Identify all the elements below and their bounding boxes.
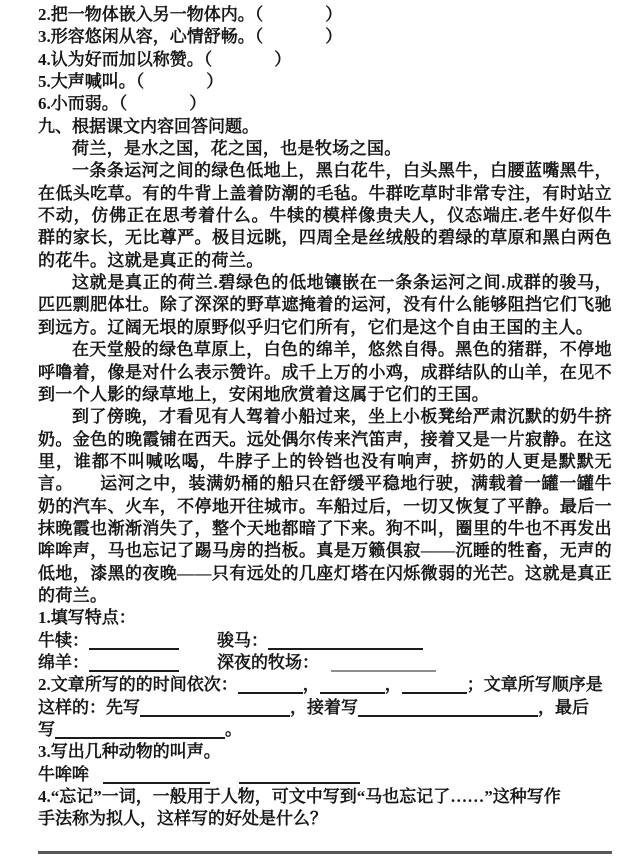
text-run: 深夜的牧场：: [217, 653, 319, 672]
text-run: ，最后: [538, 698, 589, 717]
text-run: 1.填写特点：: [38, 608, 136, 627]
passage-paragraph-5: 到了傍晚，才看见有人驾着小船过来，坐上小板凳给严肃沉默的奶牛挤奶。金色的晚霞铺在…: [38, 406, 612, 607]
passage-paragraph-4: 在天堂般的绿色草原上，白色的绵羊，悠然自得。黑色的猪群，不停地呼噜着，像是对什么…: [38, 339, 612, 406]
definition-item-6: 6.小而弱。（）: [38, 93, 612, 115]
text-run: 在天堂般的绿色草原上，白色的绵羊，悠然自得。黑色的猪群，不停地呼噜着，像是对什么…: [38, 340, 612, 404]
answer-blank: [103, 769, 210, 784]
spacer: [263, 19, 325, 20]
section-heading: 九、根据课文内容回答问题。: [38, 116, 612, 138]
text-run: ）: [274, 50, 291, 69]
definition-item-2: 2.把一物体嵌入另一物体内。（）: [38, 4, 612, 26]
answer-blank: [55, 724, 225, 739]
definition-item-4: 4.认为好而加以称赞。（）: [38, 49, 612, 71]
text-run: 牛犊：: [38, 631, 89, 650]
text-run: 九、根据课文内容回答问题。: [38, 117, 259, 136]
text-run: ，: [385, 675, 402, 694]
text-run: ）: [325, 27, 342, 46]
text-run: 4.“忘记”一词，一般用于人物，可文中写到“马也忘记了……”这种写作: [38, 787, 561, 806]
spacer: [179, 645, 217, 646]
worksheet-page: 2.把一物体嵌入另一物体内。（）3.形容悠闲从容，心情舒畅。（）4.认为好而加以…: [0, 0, 640, 854]
text-run: ）: [206, 72, 223, 91]
question-2-line-2: 这样的：先写，接着写，最后: [38, 697, 612, 719]
text-run: 一条条运河之间的绿色低地上，黑白花牛，白头黑牛，白腰蓝嘴黑牛，在低头吃草。有的牛…: [38, 161, 612, 269]
text-run: ；文章所写顺序是: [467, 675, 603, 694]
spacer: [144, 86, 206, 87]
text-run: ，接着写: [290, 698, 358, 717]
answer-blank: [89, 635, 179, 650]
answer-blank: [268, 635, 423, 650]
text-run: 骏马：: [217, 631, 268, 650]
text-run: 2.把一物体嵌入另一物体内。（: [38, 5, 263, 24]
text-run: 6.小而弱。（: [38, 94, 127, 113]
text-run: 。: [225, 720, 242, 739]
answer-blank: [239, 769, 360, 784]
answer-blank: [358, 702, 538, 717]
spacer: [263, 41, 325, 42]
text-run: ，: [303, 675, 320, 694]
answer-blank: [89, 657, 179, 672]
text-run: ）: [189, 94, 206, 113]
text-run: 5.大声喊叫。（: [38, 72, 144, 91]
question-2-line-1: 2.文章所写的的时间依次：，，；文章所写顺序是: [38, 674, 612, 696]
spacer: [89, 779, 103, 780]
answer-blank: [140, 702, 290, 717]
text-run: 2.文章所写的的时间依次：: [38, 675, 238, 694]
question-2-line-3: 写。: [38, 719, 612, 741]
definition-item-3: 3.形容悠闲从容，心情舒畅。（）: [38, 26, 612, 48]
question-4-line-2: 手法称为拟人，这样写的好处是什么？: [38, 808, 612, 830]
answer-blank: [320, 679, 385, 694]
text-run: 绵羊：: [38, 653, 89, 672]
spacer: [212, 64, 274, 65]
passage-paragraph-3: 这就是真正的荷兰.碧绿色的低地镶嵌在一条条运河之间.成群的骏马，匹匹剽肥体壮。除…: [38, 272, 612, 339]
passage-paragraph-1: 荷兰，是水之国，花之国，也是牧场之国。: [38, 138, 612, 160]
text-run: 3.写出几种动物的叫声。: [38, 742, 221, 761]
text-run: 荷兰，是水之国，花之国，也是牧场之国。: [72, 139, 402, 158]
answer-blank: [238, 679, 303, 694]
question-3-label: 3.写出几种动物的叫声。: [38, 741, 612, 763]
text-run: ）: [325, 5, 342, 24]
definition-item-5: 5.大声喊叫。（）: [38, 71, 612, 93]
question-4-line-1: 4.“忘记”一词，一般用于人物，可文中写到“马也忘记了……”这种写作: [38, 786, 612, 808]
spacer: [319, 667, 331, 668]
bottom-divider: [38, 851, 612, 854]
question-1-row-2: 绵羊：深夜的牧场：: [38, 652, 612, 674]
text-run: 这样的：先写: [38, 698, 140, 717]
text-run: 到了傍晚，才看见有人驾着小船过来，坐上小板凳给严肃沉默的奶牛挤奶。金色的晚霞铺在…: [38, 407, 612, 605]
text-run: 牛哞哞: [38, 765, 89, 784]
question-1-label: 1.填写特点：: [38, 607, 612, 629]
question-1-row-1: 牛犊：骏马：: [38, 630, 612, 652]
answer-blank: [402, 679, 467, 694]
answer-blank: [331, 657, 436, 672]
text-run: 4.认为好而加以称赞。（: [38, 50, 212, 69]
text-run: 写: [38, 720, 55, 739]
spacer: [127, 108, 189, 109]
passage-paragraph-2: 一条条运河之间的绿色低地上，黑白花牛，白头黑牛，白腰蓝嘴黑牛，在低头吃草。有的牛…: [38, 160, 612, 272]
question-3-row: 牛哞哞: [38, 764, 612, 786]
spacer: [210, 779, 239, 780]
spacer: [179, 667, 217, 668]
text-run: 这就是真正的荷兰.碧绿色的低地镶嵌在一条条运河之间.成群的骏马，匹匹剽肥体壮。除…: [38, 273, 612, 337]
text-run: 3.形容悠闲从容，心情舒畅。（: [38, 27, 263, 46]
text-run: 手法称为拟人，这样写的好处是什么？: [38, 809, 327, 828]
